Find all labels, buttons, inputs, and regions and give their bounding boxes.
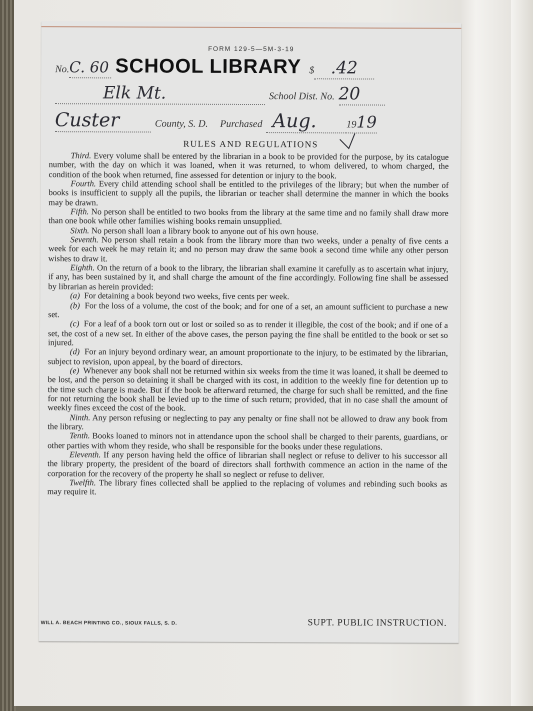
purchased-month-value: Aug. — [272, 110, 316, 132]
fine-c: (c) For a leaf of a book torn out or los… — [48, 319, 448, 349]
document-title: SCHOOL LIBRARY — [115, 55, 301, 78]
library-slip: FORM 129-5—5M-3-19 No.C. 60 SCHOOL LIBRA… — [39, 21, 462, 643]
rule-text: The library fines collected shall be app… — [47, 478, 447, 496]
price-field: .42 — [314, 58, 374, 79]
year-prefix: 19 — [346, 119, 356, 130]
fine-text: For an injury beyond ordinary wear, an a… — [48, 347, 448, 366]
slip-top-edge-line — [41, 26, 461, 29]
fine-text: For a leaf of a book torn out or lost or… — [48, 319, 448, 347]
purchased-label: Purchased — [220, 119, 262, 130]
rule-ordinal: Third. — [71, 151, 91, 160]
number-value: C. 60 — [69, 58, 109, 76]
fine-text: For detaining a book beyond two weeks, f… — [84, 291, 289, 301]
rule-ordinal: Sixth. — [70, 226, 89, 235]
rule-tenth: Tenth. Books loaned to minors not in att… — [47, 431, 447, 451]
endpaper-fold — [511, 0, 533, 706]
rule-text: Books loaned to minors not in attendance… — [47, 432, 447, 452]
county-value: Custer — [55, 109, 120, 131]
county-field: Custer — [55, 109, 151, 132]
rule-ordinal: Ninth. — [70, 413, 91, 422]
rule-ordinal: Fifth. — [71, 207, 89, 216]
fine-letter: (e) — [70, 366, 79, 375]
fine-letter: (a) — [70, 291, 80, 300]
rule-text: No person shall retain a book from the l… — [48, 235, 448, 263]
rules-heading: RULES AND REGULATIONS — [41, 138, 461, 150]
fine-d: (d) For an injury beyond ordinary wear, … — [48, 347, 448, 367]
rule-fifth: Fifth. No person shall be entitled to tw… — [48, 207, 448, 227]
rule-seventh: Seventh. No person shall retain a book f… — [48, 235, 448, 265]
printer-imprint: WILL A. BEACH PRINTING CO., SIOUX FALLS,… — [41, 620, 177, 627]
district-label: School Dist. No. — [269, 91, 335, 102]
title-row: No.C. 60 SCHOOL LIBRARY $.42 — [55, 55, 447, 80]
district-row: Elk Mt. School Dist. No. 20 — [55, 83, 447, 106]
rule-fourth: Fourth. Every child attending school sha… — [49, 179, 449, 209]
rule-text: On the return of a book to the library, … — [48, 263, 448, 291]
district-name-value: Elk Mt. — [103, 83, 166, 103]
rule-ordinal: Seventh. — [70, 235, 98, 244]
district-number-field: 20 — [339, 84, 385, 105]
number-label: No. — [55, 64, 69, 75]
fine-text: Whenever any book shall not be returned … — [48, 366, 448, 413]
rule-eleventh: Eleventh. If any person having held the … — [47, 450, 447, 480]
fine-text: For the loss of a volume, the cost of th… — [48, 301, 448, 319]
purchased-month-field: Aug. — [266, 110, 346, 133]
fine-letter: (b) — [70, 301, 80, 310]
year-suffix-value: 19 — [356, 112, 376, 131]
county-row: Custer County, S. D. Purchased Aug.1919 — [55, 109, 447, 134]
price-value: .42 — [331, 58, 358, 78]
rules-body: Third. Every volume shall be entered by … — [47, 151, 449, 498]
fine-letter: (d) — [70, 347, 80, 356]
rule-text: No person shall be entitled to two books… — [48, 207, 448, 226]
fine-e: (e) Whenever any book shall not be retur… — [48, 366, 448, 414]
rule-text: Any person refusing or neglecting to pay… — [48, 413, 448, 431]
rule-ordinal: Eleventh. — [69, 450, 100, 459]
rule-ordinal: Eighth. — [70, 263, 94, 272]
rule-twelfth: Twelfth. The library fines collected sha… — [47, 478, 447, 498]
year-field: 1919 — [346, 112, 376, 133]
rule-ordinal: Tenth. — [70, 432, 90, 441]
rule-text: Every volume shall be entered by the lib… — [49, 151, 449, 180]
rule-ordinal: Fourth. — [71, 179, 96, 188]
county-label: County, S. D. — [155, 119, 208, 130]
slip-footer: WILL A. BEACH PRINTING CO., SIOUX FALLS,… — [39, 617, 459, 633]
rule-eighth: Eighth. On the return of a book to the l… — [48, 263, 448, 293]
form-number: FORM 129-5—5M-3-19 — [41, 45, 461, 54]
rule-ordinal: Twelfth. — [69, 478, 96, 487]
district-name-field: Elk Mt. — [55, 83, 265, 105]
rule-text: No person shall loan a library book to a… — [91, 226, 318, 236]
fine-letter: (c) — [70, 319, 79, 328]
rule-ninth: Ninth. Any person refusing or neglecting… — [48, 413, 448, 433]
rule-text: If any person having held the office of … — [47, 450, 447, 479]
signature-line: SUPT. PUBLIC INSTRUCTION. — [308, 618, 447, 629]
rule-third: Third. Every volume shall be entered by … — [49, 151, 449, 181]
number-field: C. 60 — [69, 58, 111, 78]
district-number-value: 20 — [339, 84, 361, 104]
rule-text: Every child attending school shall be en… — [49, 179, 449, 207]
fine-b: (b) For the loss of a volume, the cost o… — [48, 301, 448, 321]
